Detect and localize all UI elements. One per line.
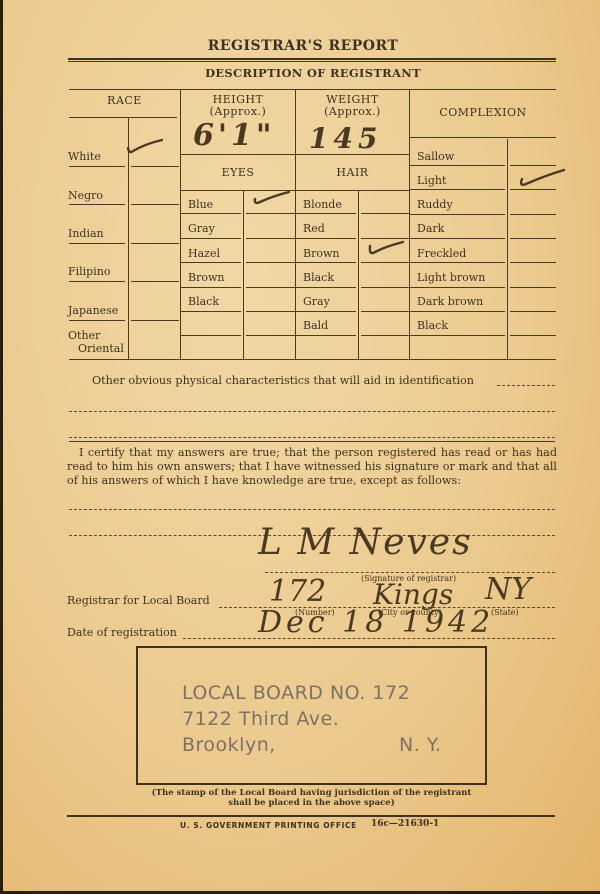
race-white-checkmark-icon (125, 138, 163, 154)
eyes-option-gray: Gray (188, 222, 215, 235)
printer-credit: U. S. GOVERNMENT PRINTING OFFICE (180, 821, 357, 830)
complexion-row-rule (510, 238, 556, 239)
col-divider-height (295, 89, 296, 359)
complexion-option-light: Light (417, 174, 446, 187)
title-rule-top (68, 58, 556, 60)
weight-approx: (Approx.) (296, 106, 409, 118)
page-title: REGISTRAR'S REPORT (3, 38, 600, 54)
date-of-registration-value: Dec 18 1942 (258, 605, 494, 640)
complexion-row-rule (410, 335, 505, 336)
race-option-japanese: Japanese (68, 304, 118, 317)
eyes-row-rule (246, 213, 295, 214)
state-caption: (State) (491, 608, 519, 617)
complexion-row-rule (410, 189, 505, 190)
eyes-header: EYES (181, 167, 295, 179)
hair-option-gray: Gray (303, 295, 330, 308)
hair-option-bald: Bald (303, 319, 328, 332)
race-header: RACE (69, 95, 180, 107)
other-characteristics-label: Other obvious physical characteristics t… (92, 374, 474, 388)
race-row-rule (131, 320, 179, 321)
other-characteristics-line-3[interactable] (69, 437, 555, 438)
race-row-rule (69, 204, 125, 205)
race-row-rule (69, 281, 125, 282)
complexion-row-rule (410, 214, 505, 215)
weight-value: 145 (309, 122, 382, 155)
complexion-header-rule (410, 137, 556, 138)
complexion-check-divider (507, 139, 508, 359)
eyes-row-rule (246, 335, 295, 336)
eyes-option-black: Black (188, 295, 219, 308)
race-row-rule (69, 243, 125, 244)
stamp-caption-1: (The stamp of the Local Board having jur… (3, 788, 600, 798)
complexion-row-rule (510, 311, 556, 312)
eyes-row-rule (181, 287, 241, 288)
complexion-row-rule (410, 311, 505, 312)
hair-row-rule (296, 262, 356, 263)
hair-brown-checkmark-icon (367, 240, 405, 256)
eyes-row-rule (181, 262, 241, 263)
complexion-option-dark: Dark (417, 222, 444, 235)
eyes-row-rule (181, 335, 241, 336)
hair-row-rule (361, 335, 409, 336)
hair-header: HAIR (296, 167, 409, 179)
complexion-option-sallow: Sallow (417, 150, 454, 163)
hair-option-brown: Brown (303, 247, 339, 260)
local-board-number: 172 (269, 574, 326, 609)
hair-check-divider (358, 190, 359, 359)
weight-rule (296, 154, 409, 155)
certification-text: I certify that my answers are true; that… (67, 446, 557, 488)
height-value: 6'1" (193, 118, 276, 153)
eyes-option-brown: Brown (188, 271, 224, 284)
complexion-row-rule (410, 165, 505, 166)
complexion-row-rule (510, 262, 556, 263)
eyes-row-rule (246, 287, 295, 288)
race-check-divider (128, 118, 129, 359)
race-row-rule (131, 281, 179, 282)
section-subtitle: DESCRIPTION OF REGISTRANT (3, 66, 600, 80)
complexion-option-black: Black (417, 319, 448, 332)
height-rule (181, 154, 295, 155)
local-board-state: NY (485, 572, 531, 607)
complexion-row-rule (410, 262, 505, 263)
hair-row-rule (361, 238, 409, 239)
race-option-filipino: Filipino (68, 265, 110, 278)
registrar-signature: L M Neves (258, 522, 473, 563)
race-row-rule (131, 204, 179, 205)
hair-row-rule (296, 287, 356, 288)
eyes-check-divider (243, 190, 244, 359)
eyes-row-rule (246, 311, 295, 312)
complexion-header: COMPLEXION (410, 107, 556, 119)
stamp-line-3-city: Brooklyn, (182, 732, 276, 758)
complexion-light-checkmark-icon (518, 168, 566, 188)
table-top-border (69, 89, 556, 90)
race-row-rule (69, 166, 125, 167)
race-header-rule (69, 117, 177, 118)
eyes-option-hazel: Hazel (188, 247, 220, 260)
race-option-other: Other (68, 329, 100, 342)
hair-row-rule (361, 262, 409, 263)
eyes-row-rule (181, 311, 241, 312)
complexion-row-rule (510, 214, 556, 215)
col-divider-race (180, 89, 181, 359)
local-board-label: Registrar for Local Board (67, 594, 210, 607)
eyes-row-rule (246, 238, 295, 239)
title-rule-bottom (68, 61, 556, 62)
eyes-blue-checkmark-icon (253, 190, 291, 206)
section-divider (69, 441, 555, 442)
hair-row-rule (296, 213, 356, 214)
race-row-rule (69, 320, 125, 321)
complexion-row-rule (410, 287, 505, 288)
form-number: 16c—21630-1 (371, 819, 439, 829)
eyes-option-blue: Blue (188, 198, 213, 211)
hair-option-red: Red (303, 222, 325, 235)
complexion-option-light-brown: Light brown (417, 271, 485, 284)
col-divider-weight (409, 89, 410, 359)
footer-rule (67, 815, 555, 817)
height-approx: (Approx.) (181, 106, 295, 118)
complexion-option-freckled: Freckled (417, 247, 466, 260)
complexion-row-rule (510, 189, 556, 190)
complexion-option-ruddy: Ruddy (417, 198, 453, 211)
hair-row-rule (296, 335, 356, 336)
hair-row-rule (361, 287, 409, 288)
hair-row-rule (361, 213, 409, 214)
race-option-oriental: Oriental (78, 342, 124, 355)
hair-header-rule (296, 190, 409, 191)
race-option-negro: Negro (68, 189, 103, 202)
stamp-line-1: LOCAL BOARD NO. 172 (182, 680, 410, 706)
hair-option-black: Black (303, 271, 334, 284)
other-characteristics-line-2[interactable] (69, 411, 555, 412)
complexion-row-rule (510, 287, 556, 288)
local-board-stamp-box: LOCAL BOARD NO. 172 7122 Third Ave. Broo… (136, 646, 487, 785)
complexion-row-rule (510, 335, 556, 336)
exceptions-line-1[interactable] (69, 509, 555, 510)
stamp-caption-2: shall be placed in the above space) (3, 798, 600, 808)
registrar-report-card: REGISTRAR'S REPORT DESCRIPTION OF REGIST… (0, 0, 600, 894)
race-row-rule (131, 243, 179, 244)
race-option-white: White (68, 150, 101, 163)
hair-option-blonde: Blonde (303, 198, 342, 211)
hair-row-rule (296, 311, 356, 312)
stamp-line-2: 7122 Third Ave. (182, 706, 339, 732)
date-of-registration-label: Date of registration (67, 626, 177, 639)
eyes-row-rule (181, 213, 241, 214)
other-characteristics-field[interactable] (497, 385, 555, 386)
complexion-row-rule (510, 165, 556, 166)
stamp-line-3-state: N. Y. (399, 732, 442, 758)
hair-row-rule (296, 238, 356, 239)
hair-row-rule (361, 311, 409, 312)
complexion-option-dark-brown: Dark brown (417, 295, 483, 308)
race-option-indian: Indian (68, 227, 104, 240)
table-bottom-border (69, 359, 556, 360)
eyes-row-rule (246, 262, 295, 263)
race-row-rule (131, 166, 179, 167)
eyes-row-rule (181, 238, 241, 239)
complexion-row-rule (410, 238, 505, 239)
